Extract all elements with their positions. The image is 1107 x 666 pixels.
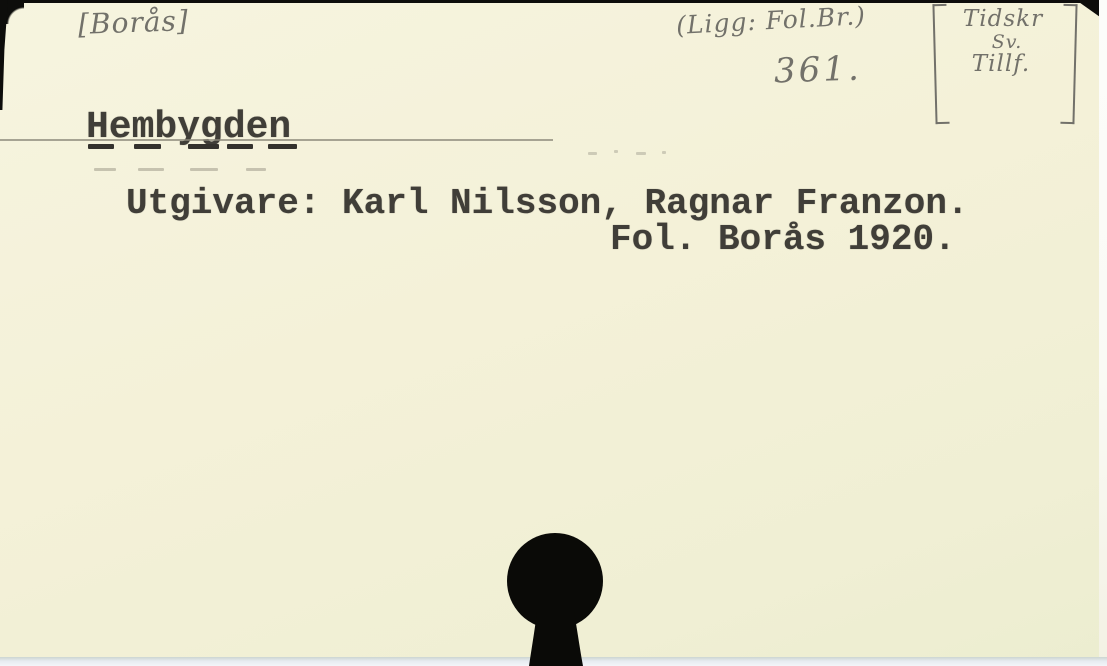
title-underline-dash xyxy=(88,144,114,149)
scan-edge-top xyxy=(0,0,1100,3)
ghost-dash-mark xyxy=(138,168,164,171)
card-title: Hembygden xyxy=(86,106,291,149)
scan-edge-right-strip xyxy=(1099,0,1107,666)
title-rule-line xyxy=(0,139,553,141)
ink-speck xyxy=(662,151,666,154)
title-underline-dash xyxy=(188,144,219,149)
ink-speck xyxy=(614,150,618,153)
title-underline-dash xyxy=(134,144,161,149)
title-underline-dash xyxy=(227,144,253,149)
ink-speck xyxy=(588,152,597,155)
category-note-line3: Tillf. xyxy=(944,53,1058,76)
ghost-dash-mark xyxy=(246,168,266,171)
ink-speck xyxy=(636,152,646,155)
category-note-line1: Tidskr xyxy=(963,6,1043,32)
category-note-line2: Sv. xyxy=(956,33,1058,52)
handwritten-shelf-number: 361. xyxy=(773,48,862,91)
publisher-line: Utgivare: Karl Nilsson, Ragnar Franzon. xyxy=(126,183,969,224)
catalog-card-scan: [Borås] (Ligg: Fol.Br.) 361. Tidskr Sv. … xyxy=(0,0,1107,666)
ghost-dash-mark xyxy=(94,168,116,171)
handwritten-category-note: Tidskr Sv. Tillf. xyxy=(948,8,1058,76)
punch-hole-icon xyxy=(500,528,620,666)
handwritten-right-bracket xyxy=(1060,4,1077,124)
handwritten-place-note: [Borås] xyxy=(77,4,189,41)
ghost-dash-mark xyxy=(190,168,218,171)
title-underline-dash xyxy=(268,144,297,149)
handwritten-format-note: (Ligg: Fol.Br.) xyxy=(675,1,866,40)
imprint-line: Fol. Borås 1920. xyxy=(610,219,956,260)
